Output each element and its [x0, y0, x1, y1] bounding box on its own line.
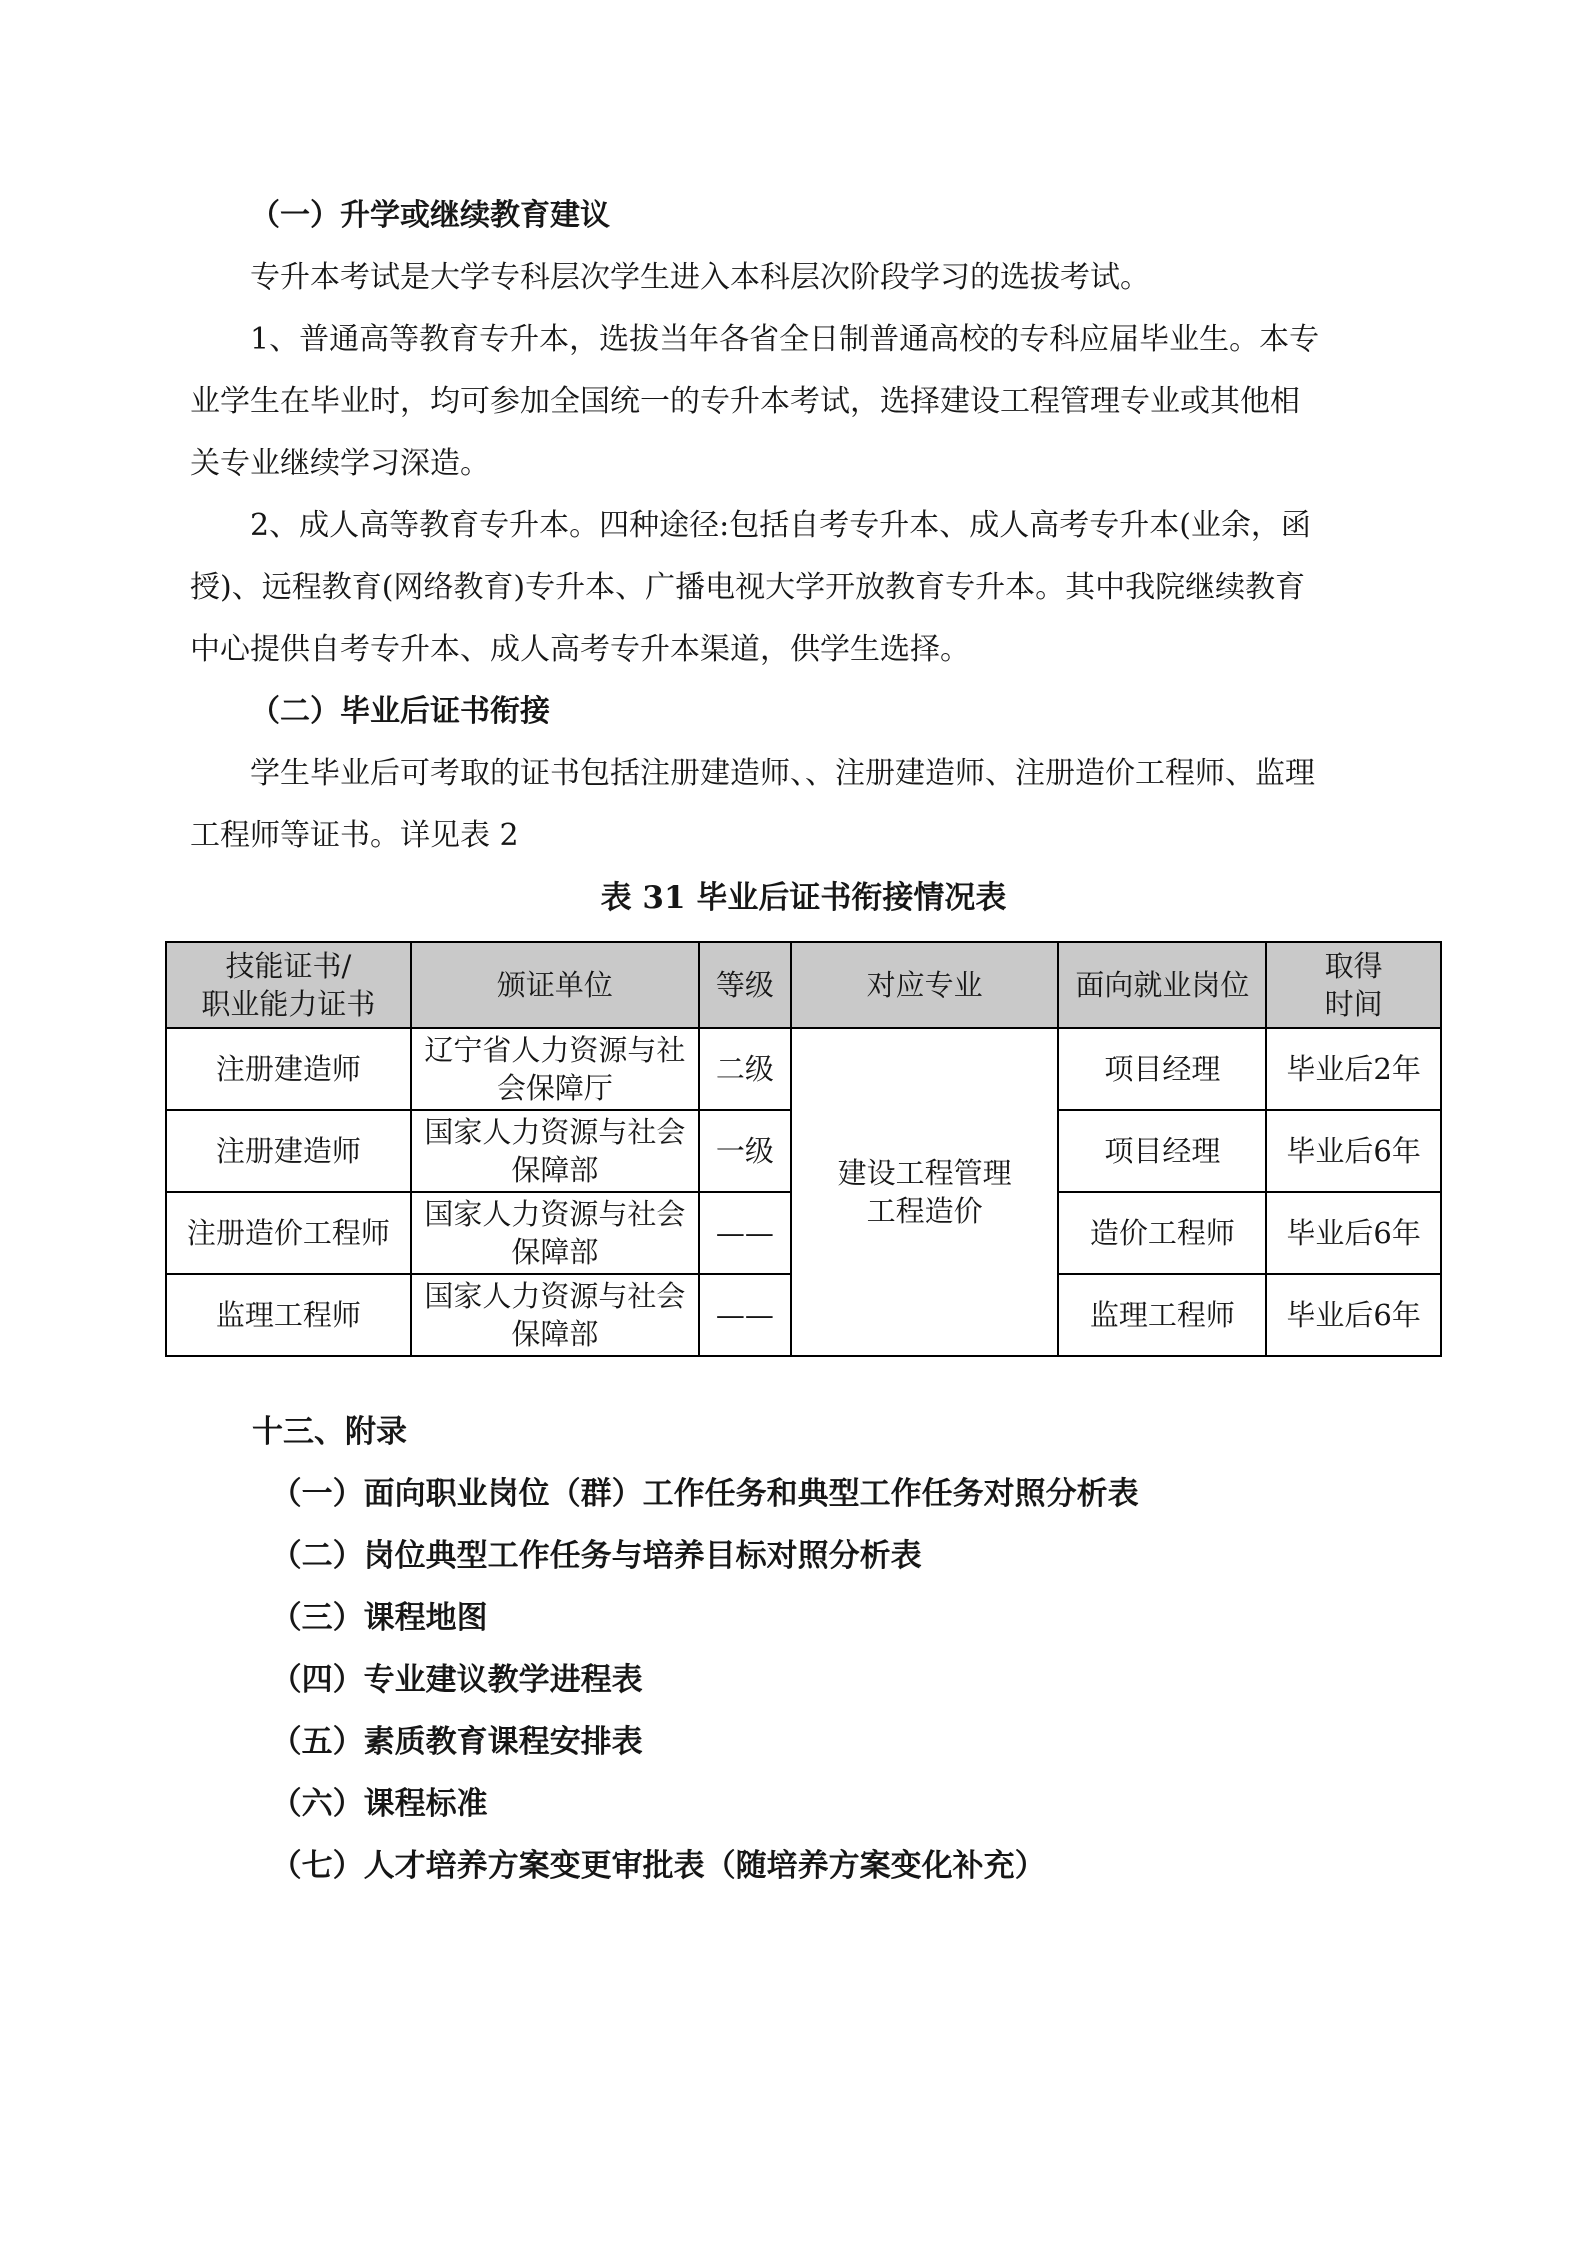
cell-level: ——	[699, 1274, 791, 1356]
cell-major-merged: 建设工程管理 工程造价	[791, 1028, 1059, 1356]
certificate-table: 技能证书/ 职业能力证书 颁证单位 等级 对应专业 面向就业岗位 取得 时间 注…	[165, 941, 1442, 1357]
section-2-heading: （二）毕业后证书衔接	[190, 681, 1397, 743]
cell-job: 造价工程师	[1058, 1192, 1266, 1274]
cell-issuer: 国家人力资源与社会 保障部	[411, 1192, 699, 1274]
cell-time: 毕业后6年	[1266, 1110, 1441, 1192]
section-1-paragraph-2: 1、普通高等教育专升本，选拔当年各省全日制普通高校的专科应届毕业生。本专 业学生…	[190, 309, 1397, 495]
appendix-item-4: （四）专业建议教学进程表	[190, 1649, 1397, 1711]
header-cell-time: 取得 时间	[1266, 942, 1441, 1028]
appendix-item-7: （七）人才培养方案变更审批表（随培养方案变化补充）	[190, 1835, 1397, 1897]
cell-cert: 注册建造师	[166, 1028, 411, 1110]
cell-cert: 监理工程师	[166, 1274, 411, 1356]
cell-issuer: 国家人力资源与社会 保障部	[411, 1110, 699, 1192]
section-1-heading: （一）升学或继续教育建议	[190, 185, 1397, 247]
cell-cert: 注册造价工程师	[166, 1192, 411, 1274]
cell-job: 项目经理	[1058, 1110, 1266, 1192]
cell-time: 毕业后2年	[1266, 1028, 1441, 1110]
header-cell-level: 等级	[699, 942, 791, 1028]
appendix-item-3: （三）课程地图	[190, 1587, 1397, 1649]
section-2-paragraph-1: 学生毕业后可考取的证书包括注册建造师、、注册建造师、注册造价工程师、监理 工程师…	[190, 743, 1397, 867]
appendix-heading: 十三、附录	[190, 1401, 1397, 1463]
cell-job: 监理工程师	[1058, 1274, 1266, 1356]
table-header-row: 技能证书/ 职业能力证书 颁证单位 等级 对应专业 面向就业岗位 取得 时间	[166, 942, 1441, 1028]
section-1-paragraph-3: 2、成人高等教育专升本。四种途径:包括自考专升本、成人高考专升本(业余，函 授)…	[190, 495, 1397, 681]
document-page: （一）升学或继续教育建议 专升本考试是大学专科层次学生进入本科层次阶段学习的选拔…	[0, 0, 1587, 2245]
table-title: 表 31 毕业后证书衔接情况表	[165, 867, 1442, 929]
cell-cert: 注册建造师	[166, 1110, 411, 1192]
appendix-item-2: （二）岗位典型工作任务与培养目标对照分析表	[190, 1525, 1397, 1587]
cell-level: ——	[699, 1192, 791, 1274]
section-1-paragraph-1: 专升本考试是大学专科层次学生进入本科层次阶段学习的选拔考试。	[190, 247, 1397, 309]
cell-level: 一级	[699, 1110, 791, 1192]
cell-time: 毕业后6年	[1266, 1274, 1441, 1356]
header-cell-cert: 技能证书/ 职业能力证书	[166, 942, 411, 1028]
cell-job: 项目经理	[1058, 1028, 1266, 1110]
appendix-item-6: （六）课程标准	[190, 1773, 1397, 1835]
page-content: （一）升学或继续教育建议 专升本考试是大学专科层次学生进入本科层次阶段学习的选拔…	[0, 0, 1587, 1897]
header-cell-issuer: 颁证单位	[411, 942, 699, 1028]
header-cell-job: 面向就业岗位	[1058, 942, 1266, 1028]
appendix-item-1: （一）面向职业岗位（群）工作任务和典型工作任务对照分析表	[190, 1463, 1397, 1525]
cell-issuer: 国家人力资源与社会 保障部	[411, 1274, 699, 1356]
cell-issuer: 辽宁省人力资源与社 会保障厅	[411, 1028, 699, 1110]
appendix-section: 十三、附录 （一）面向职业岗位（群）工作任务和典型工作任务对照分析表 （二）岗位…	[190, 1401, 1397, 1897]
header-cell-major: 对应专业	[791, 942, 1059, 1028]
cell-level: 二级	[699, 1028, 791, 1110]
cell-time: 毕业后6年	[1266, 1192, 1441, 1274]
table-row: 注册建造师 辽宁省人力资源与社 会保障厅 二级 建设工程管理 工程造价 项目经理…	[166, 1028, 1441, 1110]
appendix-item-5: （五）素质教育课程安排表	[190, 1711, 1397, 1773]
